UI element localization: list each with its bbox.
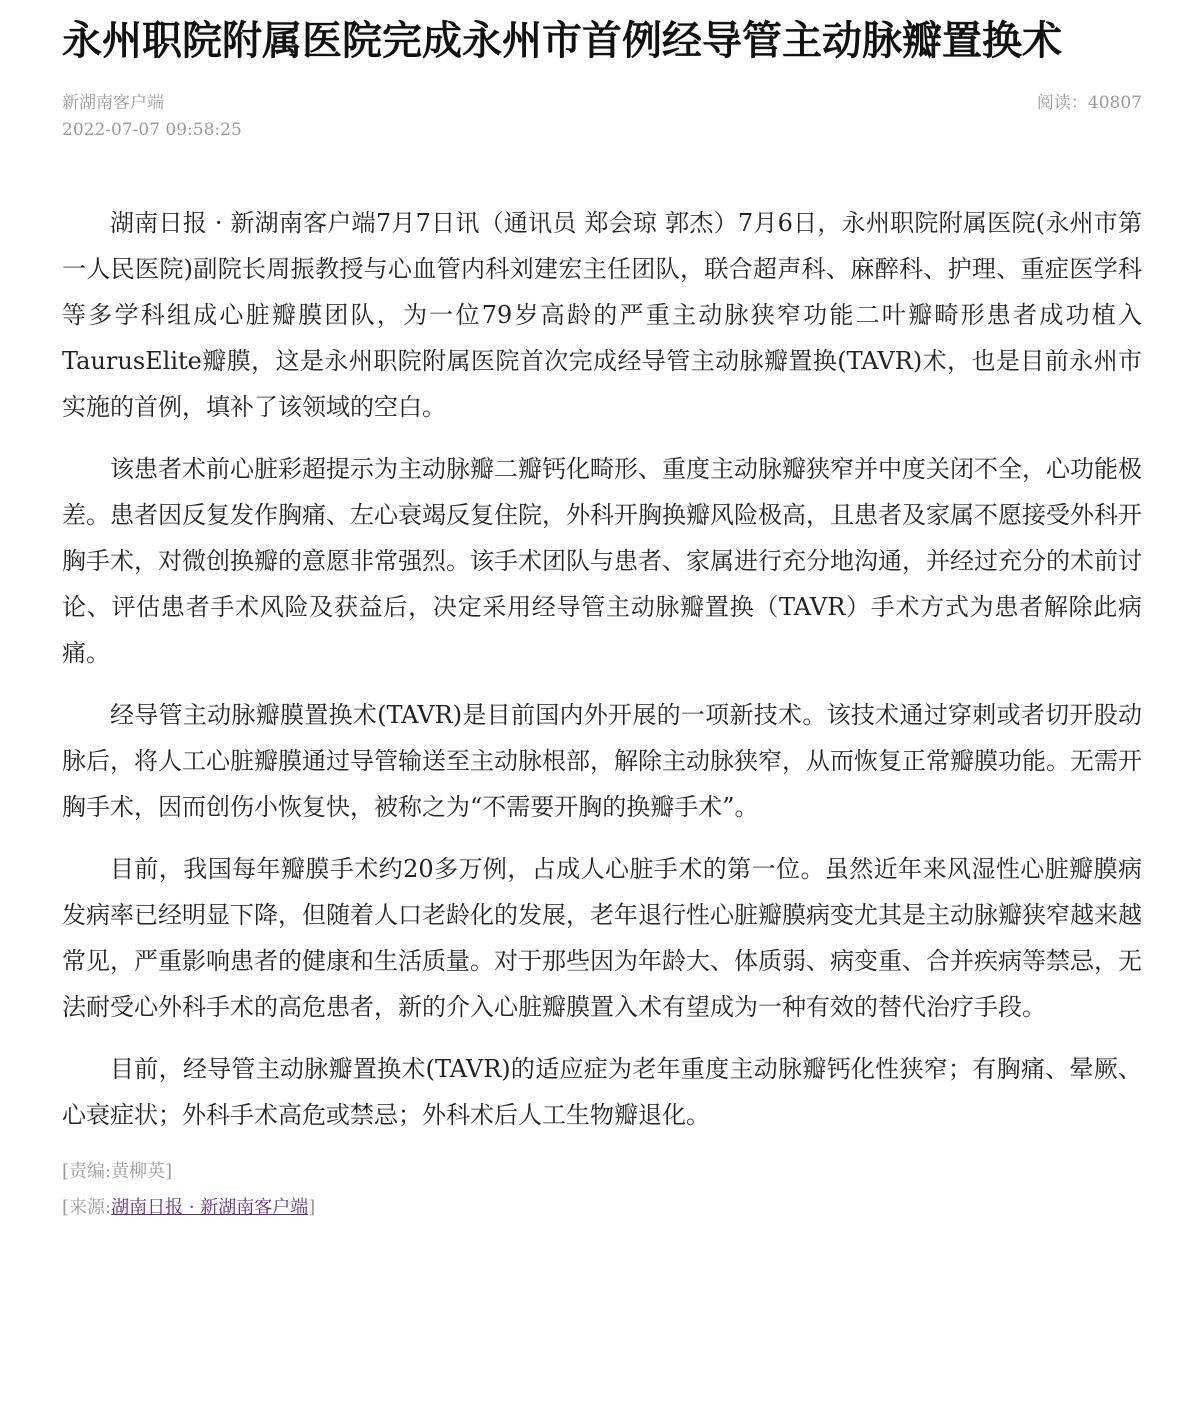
article-source: 新湖南客户端 (62, 90, 164, 116)
paragraph: 湖南日报 · 新湖南客户端7月7日讯（通讯员 郑会琼 郭杰）7月6日，永州职院附… (62, 200, 1142, 430)
article-body: 湖南日报 · 新湖南客户端7月7日讯（通讯员 郑会琼 郭杰）7月6日，永州职院附… (62, 200, 1142, 1138)
article-title: 永州职院附属医院完成永州市首例经导管主动脉瓣置换术 (62, 12, 1142, 70)
paragraph: 目前，经导管主动脉瓣置换术(TAVR)的适应症为老年重度主动脉瓣钙化性狭窄；有胸… (62, 1046, 1142, 1138)
paragraph: 经导管主动脉瓣膜置换术(TAVR)是目前国内外开展的一项新技术。该技术通过穿刺或… (62, 692, 1142, 830)
read-count: 阅读：40807 (1037, 90, 1142, 116)
article: 永州职院附属医院完成永州市首例经导管主动脉瓣置换术 新湖南客户端 2022-07… (62, 0, 1142, 1226)
article-datetime: 2022-07-07 09:58:25 (62, 117, 242, 143)
editor-line: [责编:黄柳英] (62, 1154, 1142, 1190)
read-count-value: 40807 (1088, 93, 1142, 113)
editor-suffix: ] (165, 1161, 172, 1182)
paragraph: 目前，我国每年瓣膜手术约20多万例，占成人心脏手术的第一位。虽然近年来风湿性心脏… (62, 846, 1142, 1030)
editor-name: 黄柳英 (111, 1161, 165, 1182)
paragraph: 该患者术前心脏彩超提示为主动脉瓣二瓣钙化畸形、重度主动脉瓣狭窄并中度关闭不全，心… (62, 446, 1142, 676)
origin-suffix: ] (308, 1197, 315, 1218)
origin-prefix: [来源: (62, 1197, 111, 1218)
article-footer: [责编:黄柳英] [来源:湖南日报 · 新湖南客户端] (62, 1154, 1142, 1226)
editor-prefix: [责编: (62, 1161, 111, 1182)
origin-line: [来源:湖南日报 · 新湖南客户端] (62, 1190, 1142, 1226)
origin-source-link[interactable]: 湖南日报 · 新湖南客户端 (111, 1197, 308, 1218)
read-count-label: 阅读： (1037, 93, 1088, 113)
article-meta: 新湖南客户端 2022-07-07 09:58:25 阅读：40807 (62, 90, 1142, 150)
